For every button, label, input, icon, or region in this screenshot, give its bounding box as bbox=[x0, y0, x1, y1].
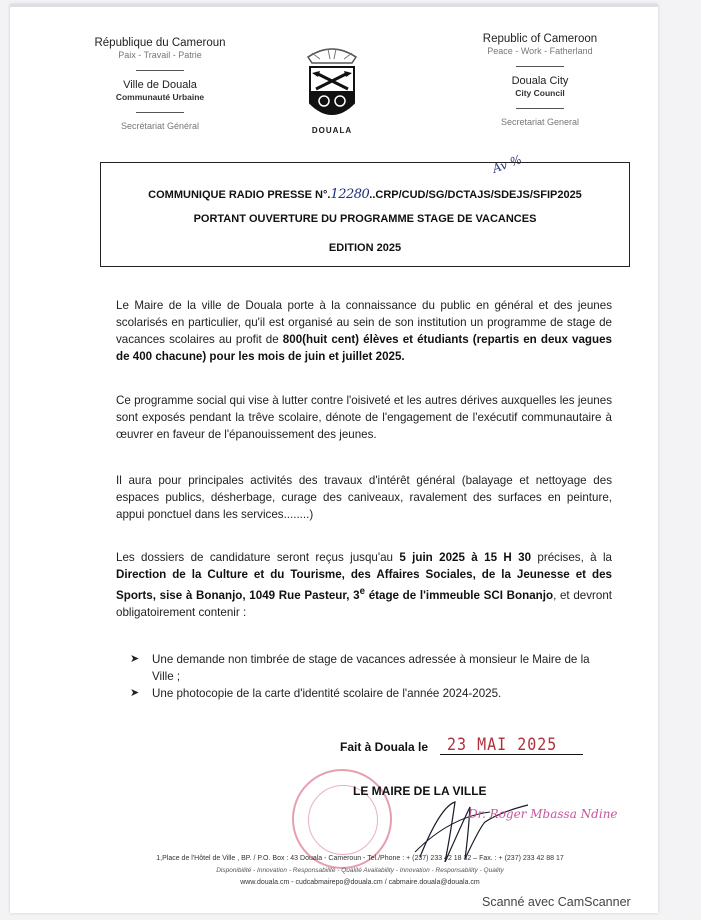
communique-title-box: COMMUNIQUE RADIO PRESSE N°.12280..CRP/CU… bbox=[100, 162, 630, 267]
footer-address: 1,Place de l'Hôtel de Ville , BP. / P.O.… bbox=[110, 855, 610, 862]
divider bbox=[516, 108, 564, 109]
paragraph-text: Les dossiers de candidature seront reçus… bbox=[116, 551, 399, 564]
list-item: ➤ Une photocopie de la carte d'identité … bbox=[130, 685, 610, 702]
deadline: 5 juin 2025 à 15 H 30 bbox=[399, 551, 531, 564]
communique-edition: EDITION 2025 bbox=[101, 242, 629, 254]
logo-caption: DOUALA bbox=[300, 126, 364, 135]
city-name-en: Douala City bbox=[450, 75, 630, 87]
place-label: Fait à Douala le bbox=[340, 740, 428, 754]
footer-values: Disponibilité - Innovation - Responsabil… bbox=[110, 867, 610, 874]
requirements-list: ➤ Une demande non timbrée de stage de va… bbox=[130, 651, 610, 702]
country-name-en: Republic of Cameroon bbox=[450, 33, 630, 45]
secretariat-en: Secretariat General bbox=[450, 117, 630, 127]
motto-fr: Paix - Travail - Patrie bbox=[70, 50, 250, 60]
motto-en: Peace - Work - Fatherland bbox=[450, 46, 630, 56]
reference-suffix: ..CRP/CUD/SG/DCTAJS/SDEJS/SFIP2025 bbox=[369, 189, 582, 201]
communique-subject: PORTANT OUVERTURE DU PROGRAMME STAGE DE … bbox=[101, 213, 629, 225]
communique-reference-line: COMMUNIQUE RADIO PRESSE N°.12280..CRP/CU… bbox=[101, 187, 629, 202]
country-name-fr: République du Cameroun bbox=[70, 37, 250, 49]
footer-contacts: www.douala.cm - cudcabmairepo@douala.cm … bbox=[110, 879, 610, 886]
divider bbox=[136, 70, 184, 71]
city-name-fr: Ville de Douala bbox=[70, 79, 250, 91]
paragraph-announcement: Le Maire de la ville de Douala porte à l… bbox=[116, 297, 612, 365]
camscanner-watermark: Scanné avec CamScanner bbox=[482, 895, 631, 909]
arrow-bullet-icon: ➤ bbox=[130, 651, 152, 685]
secretariat-fr: Secrétariat Général bbox=[70, 121, 250, 131]
paragraph-activities: Il aura pour principales activités des t… bbox=[116, 472, 612, 523]
header-left-french: République du Cameroun Paix - Travail - … bbox=[70, 37, 250, 131]
mayor-name-stamp: Dr. Roger Mbassa Ndine bbox=[468, 807, 618, 821]
arrow-bullet-icon: ➤ bbox=[130, 685, 152, 702]
divider bbox=[516, 66, 564, 67]
paragraph-program-purpose: Ce programme social qui vise à lutter co… bbox=[116, 392, 612, 443]
douala-city-coat-of-arms-icon: DOUALA bbox=[300, 43, 364, 135]
divider bbox=[136, 112, 184, 113]
paragraph-text: précises, à la bbox=[531, 551, 612, 564]
list-item-text: Une photocopie de la carte d'identité sc… bbox=[152, 685, 501, 702]
paragraph-application-details: Les dossiers de candidature seront reçus… bbox=[116, 549, 612, 621]
reference-prefix: COMMUNIQUE RADIO PRESSE N°. bbox=[148, 189, 330, 201]
header-right-english: Republic of Cameroon Peace - Work - Fath… bbox=[450, 33, 630, 127]
council-fr: Communauté Urbaine bbox=[70, 92, 250, 102]
handwritten-reference-number: 12280 bbox=[330, 187, 369, 202]
signatory-title: LE MAIRE DE LA VILLE bbox=[353, 784, 487, 798]
list-item-text: Une demande non timbrée de stage de vaca… bbox=[152, 651, 610, 685]
date-stamp: 23 MAI 2025 bbox=[447, 734, 557, 755]
building-name: étage de l'immeuble SCI Bonanjo bbox=[365, 589, 553, 602]
council-en: City Council bbox=[450, 88, 630, 98]
document-page: République du Cameroun Paix - Travail - … bbox=[10, 4, 658, 913]
list-item: ➤ Une demande non timbrée de stage de va… bbox=[130, 651, 610, 685]
